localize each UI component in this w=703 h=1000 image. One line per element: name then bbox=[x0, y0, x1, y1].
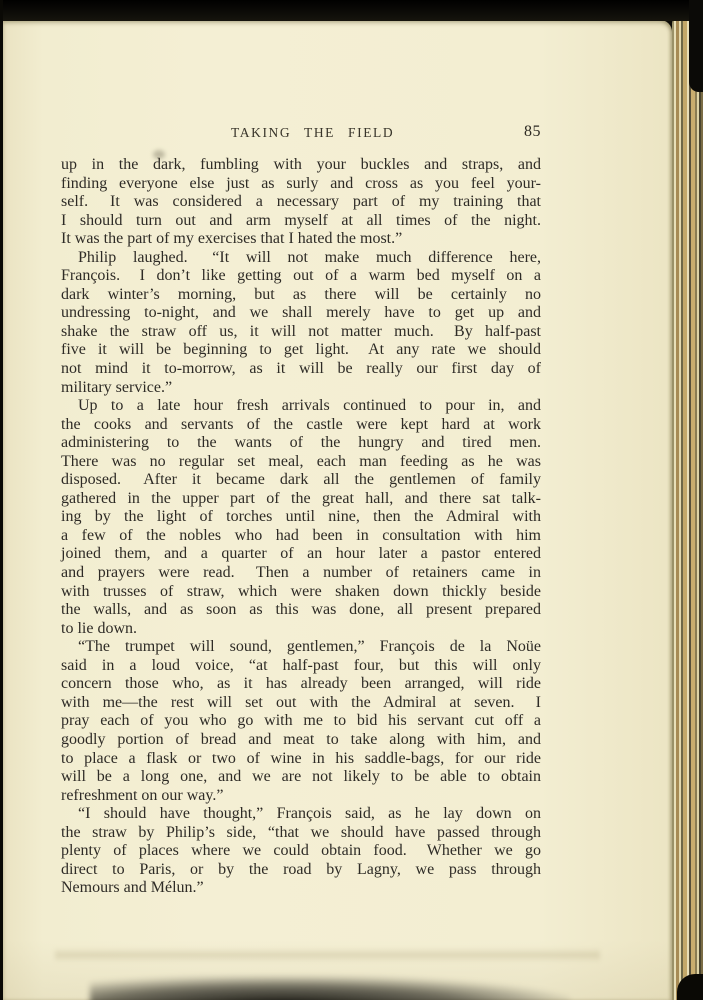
text-line: François. I don’t like getting out of a … bbox=[61, 267, 541, 286]
text-line: to lie down. bbox=[61, 620, 541, 639]
text-line: Philip laughed. “It will not make much d… bbox=[61, 249, 541, 268]
body-text: up in the dark, fumbling with your buckl… bbox=[61, 156, 541, 898]
background-left-strip bbox=[0, 0, 3, 1000]
text-line: the walls, and as soon as this was done,… bbox=[61, 601, 541, 620]
text-line: will be a long one, and we are not likel… bbox=[61, 768, 541, 787]
text-line: “The trumpet will sound, gentlemen,” Fra… bbox=[61, 638, 541, 657]
text-line: goodly portion of bread and meat to take… bbox=[61, 731, 541, 750]
page-crease bbox=[55, 948, 600, 962]
text-line: gathered in the upper part of the great … bbox=[61, 490, 541, 509]
background-top-band bbox=[0, 0, 703, 21]
text-line: ing by the light of torches until nine, … bbox=[61, 508, 541, 527]
text-line: administering to the wants of the hungry… bbox=[61, 434, 541, 453]
text-line: the cooks and servants of the castle wer… bbox=[61, 416, 541, 435]
text-line: joined them, and a quarter of an hour la… bbox=[61, 545, 541, 564]
text-line: a few of the nobles who had been in cons… bbox=[61, 527, 541, 546]
text-line: military service.” bbox=[61, 379, 541, 398]
background-corner-top-right bbox=[689, 0, 703, 92]
text-line: not mind it to-morrow, as it will be rea… bbox=[61, 360, 541, 379]
paragraph: “The trumpet will sound, gentlemen,” Fra… bbox=[61, 638, 541, 805]
text-line: with me—the rest will set out with the A… bbox=[61, 694, 541, 713]
text-line: Nemours and Mélun.” bbox=[61, 879, 541, 898]
text-line: “I should have thought,” François said, … bbox=[61, 805, 541, 824]
text-line: pray each of you who go with me to bid h… bbox=[61, 712, 541, 731]
text-line: refreshment on our way.” bbox=[61, 787, 541, 806]
text-line: to place a flask or two of wine in his s… bbox=[61, 750, 541, 769]
page-number: 85 bbox=[524, 123, 541, 141]
text-line: shake the straw off us, it will not matt… bbox=[61, 323, 541, 342]
text-line: self. It was considered a necessary part… bbox=[61, 193, 541, 212]
text-line: the straw by Philip’s side, “that we sho… bbox=[61, 824, 541, 843]
text-line: plenty of places where we could obtain f… bbox=[61, 842, 541, 861]
text-line: I should turn out and arm myself at all … bbox=[61, 212, 541, 231]
book-fore-edge-pages bbox=[672, 14, 703, 1000]
paragraph: up in the dark, fumbling with your buckl… bbox=[61, 156, 541, 249]
text-line: said in a loud voice, “at half-past four… bbox=[61, 657, 541, 676]
paragraph: Philip laughed. “It will not make much d… bbox=[61, 249, 541, 397]
text-line: direct to Paris, or by the road by Lagny… bbox=[61, 861, 541, 880]
chapter-running-title: TAKING THE FIELD bbox=[231, 125, 394, 141]
paragraph: “I should have thought,” François said, … bbox=[61, 805, 541, 898]
text-line: It was the part of my exercises that I h… bbox=[61, 230, 541, 249]
text-line: undressing to-night, and we shall merely… bbox=[61, 304, 541, 323]
text-line: concern those who, as it has already bee… bbox=[61, 675, 541, 694]
paragraph: Up to a late hour fresh arrivals continu… bbox=[61, 397, 541, 638]
running-head: TAKING THE FIELD 85 bbox=[61, 125, 541, 143]
text-line: dark winter’s morning, but as there will… bbox=[61, 286, 541, 305]
text-line: up in the dark, fumbling with your buckl… bbox=[61, 156, 541, 175]
text-line: disposed. After it became dark all the g… bbox=[61, 471, 541, 490]
text-line: with trusses of straw, which were shaken… bbox=[61, 583, 541, 602]
page-bottom-shadow bbox=[90, 976, 570, 1000]
text-line: five it will be beginning to get light. … bbox=[61, 341, 541, 360]
text-line: finding everyone else just as surly and … bbox=[61, 175, 541, 194]
text-line: Up to a late hour fresh arrivals continu… bbox=[61, 397, 541, 416]
text-line: and prayers were read. Then a number of … bbox=[61, 564, 541, 583]
text-line: There was no regular set meal, each man … bbox=[61, 453, 541, 472]
